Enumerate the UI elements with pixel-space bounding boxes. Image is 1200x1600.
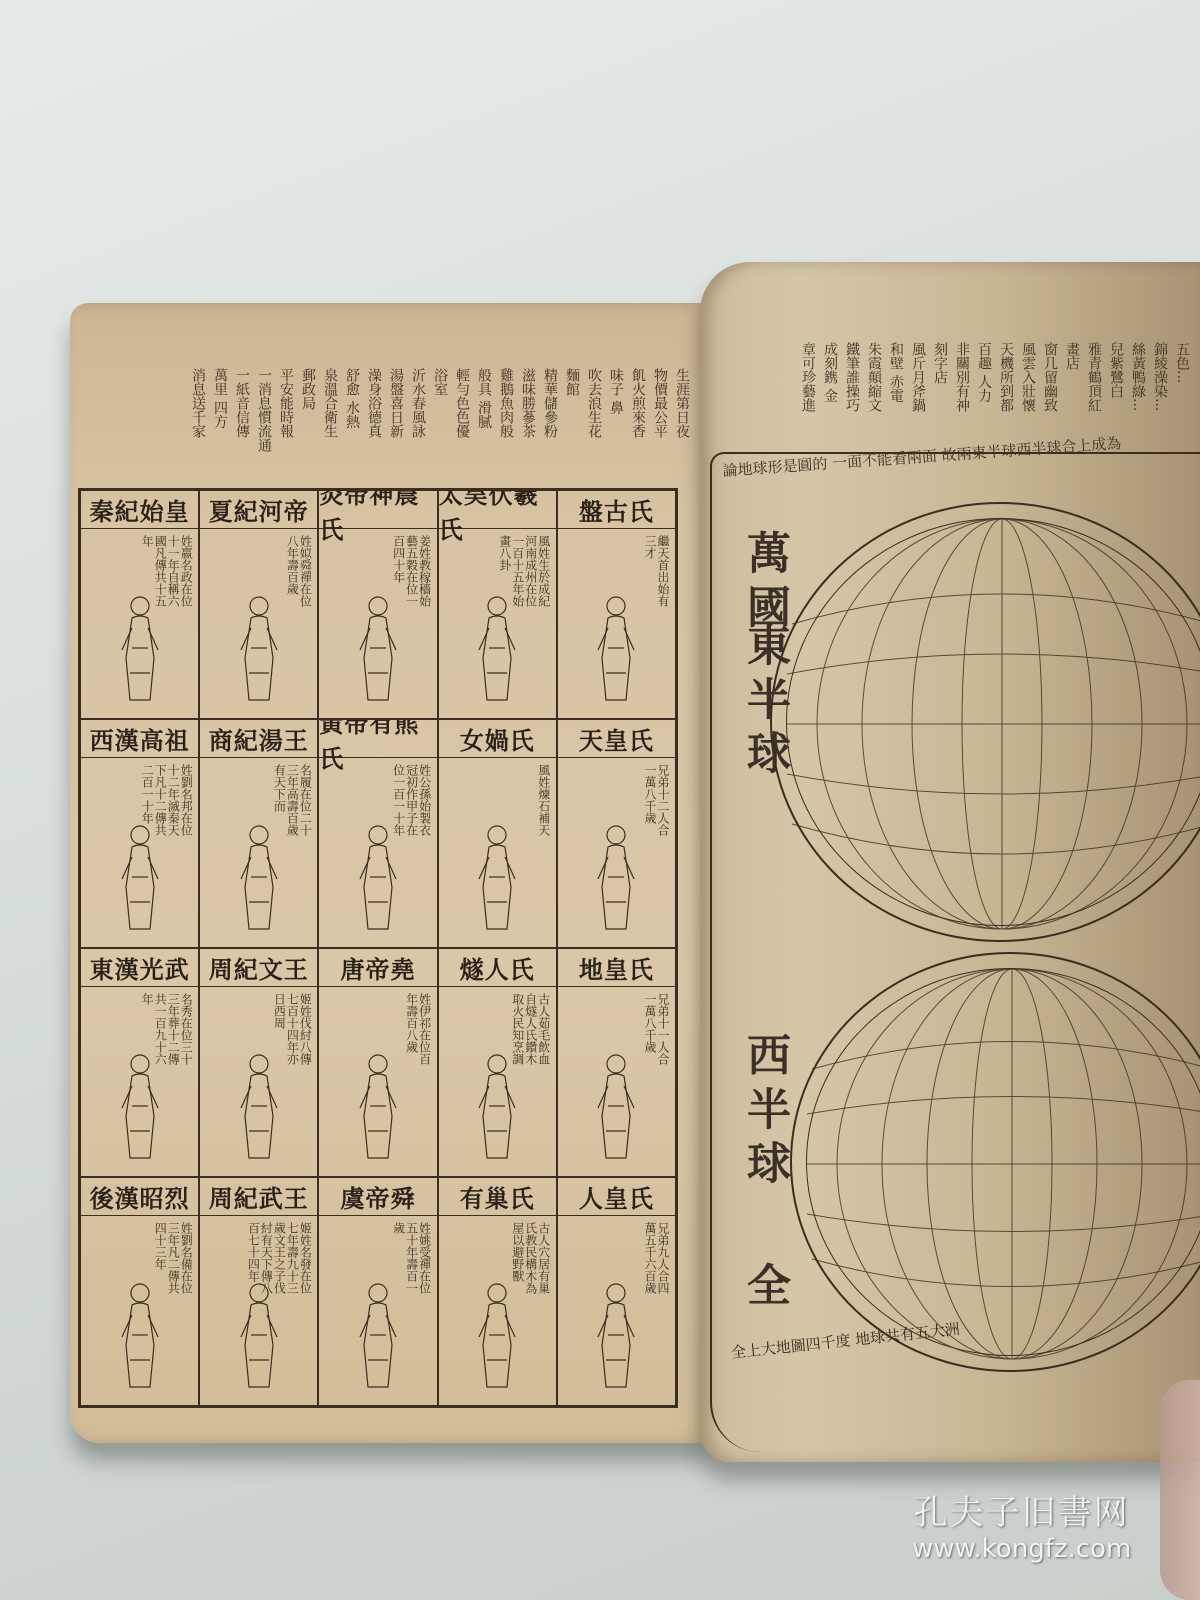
note: 消息送千家: [190, 368, 206, 498]
portrait-figure-icon: [229, 1275, 289, 1395]
note: 吹去浪生花: [586, 368, 602, 498]
emperor-cell: 人皇氏兄弟九人合四萬五千六百歲: [557, 1177, 676, 1406]
note: 滋味勝蔘茶: [520, 368, 536, 498]
note: 平安能時報: [278, 368, 294, 498]
watermark-chinese: 孔夫子旧書网: [912, 1485, 1131, 1534]
portrait-figure-icon: [348, 1275, 408, 1395]
portrait-figure-icon: [467, 817, 527, 937]
note: 刻字店: [932, 342, 948, 452]
note: 畫店: [1064, 342, 1080, 452]
emperor-name: 西漢高祖: [81, 720, 198, 758]
watermark: 孔夫子旧書网 www.kongfz.com: [912, 1485, 1131, 1564]
note: 窗几留幽致: [1042, 342, 1058, 452]
emperor-cell: 虞帝舜姓姚受禪在位五十年壽百一歲: [318, 1177, 437, 1406]
east-hemisphere-globe: [770, 502, 1200, 942]
portrait-figure-icon: [586, 1046, 646, 1166]
emperor-name: 盤古氏: [558, 491, 675, 529]
portrait-figure-icon: [467, 1046, 527, 1166]
portrait-figure-icon: [467, 588, 527, 708]
note: 一紙音信傳: [234, 368, 250, 498]
note: 物價最公平: [652, 368, 668, 498]
portrait-figure-icon: [348, 588, 408, 708]
emperor-cell: 盤古氏繼天首出始有三才: [557, 490, 676, 719]
note: 沂水春風詠: [410, 368, 426, 498]
emperor-caption: 兄弟九人合四萬五千六百歲: [643, 1222, 669, 1302]
note: 朱霞顛縮文: [866, 342, 882, 452]
portrait-figure-icon: [229, 817, 289, 937]
emperor-portrait-grid: 盤古氏繼天首出始有三才太昊伏羲氏風姓生於成紀河南成州在位一百十五年始畫八卦炎帝神…: [78, 488, 678, 1408]
portrait-figure-icon: [229, 1046, 289, 1166]
emperor-name: 太昊伏羲氏: [439, 491, 556, 529]
portrait-figure-icon: [110, 1275, 170, 1395]
emperor-name: 虞帝舜: [319, 1178, 436, 1216]
emperor-name: 燧人氏: [439, 949, 556, 987]
portrait-figure-icon: [586, 588, 646, 708]
portrait-figure-icon: [110, 588, 170, 708]
emperor-name: 人皇氏: [558, 1178, 675, 1216]
note: 生涯第日夜: [674, 368, 690, 498]
note: 天機所到都: [998, 342, 1014, 452]
note: 飢火煎來香: [630, 368, 646, 498]
emperor-cell: 周紀武王姬姓名發在位七年壽九十三歲文王之子伐紂有天下傳八百七十四年: [199, 1177, 318, 1406]
emperor-cell: 太昊伏羲氏風姓生於成紀河南成州在位一百十五年始畫八卦: [438, 490, 557, 719]
emperor-cell: 炎帝神農氏姜姓教稼穡始藝五穀在位一百四十年: [318, 490, 437, 719]
emperor-name: 唐帝堯: [319, 949, 436, 987]
note: 湯盤喜日新: [388, 368, 404, 498]
emperor-name: 商紀湯王: [200, 720, 317, 758]
emperor-cell: 商紀湯王名履在位二十三年高壽百歲有天下而: [199, 719, 318, 948]
portrait-figure-icon: [467, 1275, 527, 1395]
emperor-name: 黃帝有熊氏: [319, 720, 436, 758]
note: 舒愈 水熱: [344, 368, 360, 498]
emperor-caption: 兄弟十二人合一萬八千歲: [643, 764, 669, 844]
note: 鐵筆誰操巧: [844, 342, 860, 452]
full-map-label: 全: [732, 1262, 796, 1316]
graticule-icon: [772, 504, 1200, 944]
portrait-figure-icon: [110, 817, 170, 937]
note: 泉溫合衛生: [322, 368, 338, 498]
emperor-cell: 燧人氏古人茹毛飲血自燧人氏鑽木取火民知烹調: [438, 948, 557, 1177]
note: 郵政局: [300, 368, 316, 498]
note: 非關別有神: [954, 342, 970, 452]
emperor-caption: 姓伊祁在位百年壽百八歲: [405, 993, 431, 1073]
portrait-figure-icon: [586, 817, 646, 937]
note: 章可珍藝進: [800, 342, 816, 452]
emperor-name: 天皇氏: [558, 720, 675, 758]
emperor-caption: 姓姒舜禪在位八年壽百歲: [285, 535, 311, 615]
note: 輕勻色色優: [454, 368, 470, 498]
emperor-name: 炎帝神農氏: [319, 491, 436, 529]
west-hemisphere-label: 西半球: [732, 1032, 796, 1194]
emperor-cell: 周紀文王姬姓伐紂八傳七百十四年亦日西周: [199, 948, 318, 1177]
note: 味子 鼻: [608, 368, 624, 498]
emperor-name: 地皇氏: [558, 949, 675, 987]
portrait-figure-icon: [229, 588, 289, 708]
note: 百趣 人力: [976, 342, 992, 452]
emperor-name: 後漢昭烈: [81, 1178, 198, 1216]
emperor-name: 有巢氏: [439, 1178, 556, 1216]
portrait-figure-icon: [586, 1275, 646, 1395]
emperor-cell: 唐帝堯姓伊祁在位百年壽百八歲: [318, 948, 437, 1177]
emperor-caption: 兄弟十一人合一萬八千歲: [643, 993, 669, 1073]
left-header-notes: 生涯第日夜 物價最公平 飢火煎來香 味子 鼻 吹去浪生花 麵館 精華儲參粉 滋味…: [90, 368, 690, 498]
emperor-cell: 地皇氏兄弟十一人合一萬八千歲: [557, 948, 676, 1177]
emperor-cell: 女媧氏風姓煉石補天: [438, 719, 557, 948]
emperor-cell: 東漢光武名秀在位三十三年葬十二傳共一百九十六年: [80, 948, 199, 1177]
note: 澡身浴德真: [366, 368, 382, 498]
left-page: 生涯第日夜 物價最公平 飢火煎來香 味子 鼻 吹去浪生花 麵館 精華儲參粉 滋味…: [70, 303, 710, 1443]
emperor-cell: 秦紀始皇姓嬴名政在位十一年自稱六國凡傳共十五年: [80, 490, 199, 719]
emperor-caption: 風姓煉石補天: [537, 764, 550, 844]
note: 麵館: [564, 368, 580, 498]
emperor-caption: 繼天首出始有三才: [643, 535, 669, 615]
emperor-cell: 有巢氏古人穴居有巢氏教民構木為屋以避野獸: [438, 1177, 557, 1406]
emperor-cell: 後漢昭烈姓劉名備在位三年凡二傳共四十三年: [80, 1177, 199, 1406]
emperor-name: 東漢光武: [81, 949, 198, 987]
watermark-url: www.kongfz.com: [912, 1534, 1131, 1564]
hand: [1160, 1380, 1200, 1600]
emperor-name: 周紀文王: [200, 949, 317, 987]
emperor-cell: 天皇氏兄弟十二人合一萬八千歲: [557, 719, 676, 948]
note: 風雲入壯懷: [1020, 342, 1036, 452]
note: 雞鵝魚肉般: [498, 368, 514, 498]
emperor-cell: 西漢高祖姓劉名邦在位十二年滅秦天下凡十二傳共二百一十年: [80, 719, 199, 948]
emperor-name: 周紀武王: [200, 1178, 317, 1216]
portrait-figure-icon: [348, 1046, 408, 1166]
portrait-figure-icon: [348, 817, 408, 937]
note: 浴室: [432, 368, 448, 498]
note: 成刻鎸 金: [822, 342, 838, 452]
emperor-cell: 黃帝有熊氏姓公孫始製衣冠初作甲子在位一百一十年: [318, 719, 437, 948]
note: 風斤月斧鍋: [910, 342, 926, 452]
note: 一消息慣流通: [256, 368, 272, 498]
note: 萬里 四方: [212, 368, 228, 498]
emperor-name: 秦紀始皇: [81, 491, 198, 529]
emperor-cell: 夏紀河帝姓姒舜禪在位八年壽百歲: [199, 490, 318, 719]
portrait-figure-icon: [110, 1046, 170, 1166]
emperor-name: 夏紀河帝: [200, 491, 317, 529]
note: 般具 滑膩: [476, 368, 492, 498]
emperor-name: 女媧氏: [439, 720, 556, 758]
note: 精華儲參粉: [542, 368, 558, 498]
note: 和壁 赤電: [888, 342, 904, 452]
right-page: 五色... 錦綾澡染... 絲黃鴨綠... 兒紫鷺白 雅青鶴頂紅 畫店 窗几留幽…: [700, 262, 1200, 1462]
